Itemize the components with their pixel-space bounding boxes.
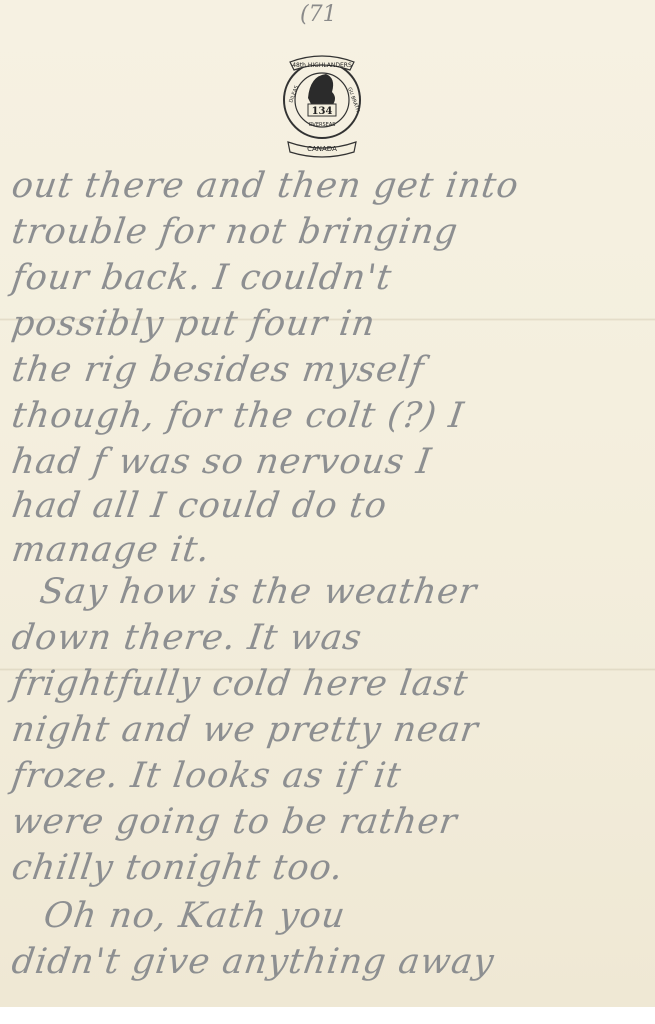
letter-line: night and we pretty near bbox=[9, 710, 481, 750]
letter-line: manage it. bbox=[9, 530, 213, 570]
letter-page: (71 48th HIGHLANDERS 134 OVERSEAS DILEAS… bbox=[0, 0, 655, 1007]
svg-text:DILEAS: DILEAS bbox=[288, 85, 300, 104]
letter-line: chilly tonight too. bbox=[9, 848, 346, 888]
svg-text:CANADA: CANADA bbox=[307, 145, 337, 153]
svg-text:48th HIGHLANDERS: 48th HIGHLANDERS bbox=[292, 62, 352, 69]
page-number: (71 bbox=[300, 2, 337, 27]
letter-line: possibly put four in bbox=[9, 304, 378, 344]
regimental-crest-icon: 48th HIGHLANDERS 134 OVERSEAS DILEAS GU … bbox=[278, 48, 366, 160]
letter-line: Oh no, Kath you bbox=[41, 896, 348, 936]
letter-line: didn't give anything away bbox=[9, 942, 497, 982]
letter-line: though, for the colt (?) I bbox=[9, 396, 466, 436]
letter-line: froze. It looks as if it bbox=[9, 756, 404, 796]
svg-text:134: 134 bbox=[312, 106, 333, 117]
letter-line: Say how is the weather bbox=[37, 572, 479, 612]
letter-line: were going to be rather bbox=[9, 802, 460, 842]
letter-line: four back. I couldn't bbox=[9, 258, 394, 298]
letter-line: down there. It was bbox=[9, 618, 365, 658]
letter-line: had all I could do to bbox=[9, 486, 390, 526]
letter-line: frightfully cold here last bbox=[9, 664, 471, 704]
letter-line: out there and then get into bbox=[9, 166, 521, 206]
letter-line: the rig besides myself bbox=[9, 350, 427, 390]
letter-line: trouble for not bringing bbox=[9, 212, 461, 252]
svg-text:OVERSEAS: OVERSEAS bbox=[309, 122, 336, 128]
letter-line: had f was so nervous I bbox=[9, 442, 434, 482]
